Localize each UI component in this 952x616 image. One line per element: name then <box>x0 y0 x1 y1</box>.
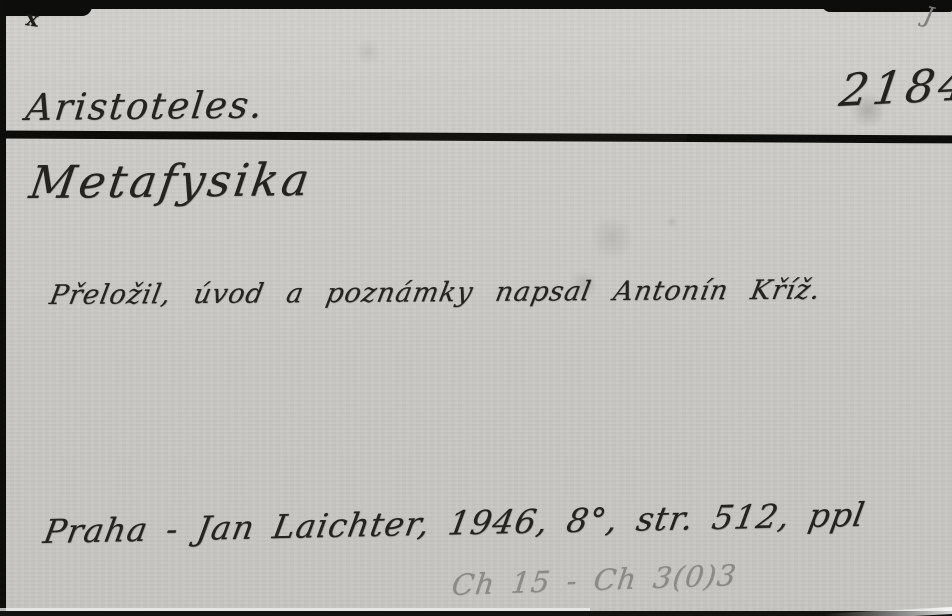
catalog-card-scan: x J 2184 Aristoteles. Metafysika Přeloži… <box>0 0 952 616</box>
corner-ink-mark: x <box>24 5 40 32</box>
scan-edge-left <box>0 0 6 616</box>
ruled-divider-line <box>0 130 952 143</box>
shelfmark-pencil: Ch 15 - Ch 3(0)3 <box>450 558 739 602</box>
scan-edge-top <box>0 0 952 9</box>
scan-edge-top-left <box>0 0 92 16</box>
imprint-line: Praha - Jan Laichter, 1946, 8°, str. 512… <box>41 495 869 551</box>
title-line: Metafysika <box>26 153 316 209</box>
statement-of-responsibility: Přeložil, úvod a poznámky napsal Antonín… <box>47 275 823 311</box>
author-heading: Aristoteles. <box>24 84 267 129</box>
catalog-number: 2184 <box>836 57 952 117</box>
scan-edge-bottom <box>0 611 952 616</box>
